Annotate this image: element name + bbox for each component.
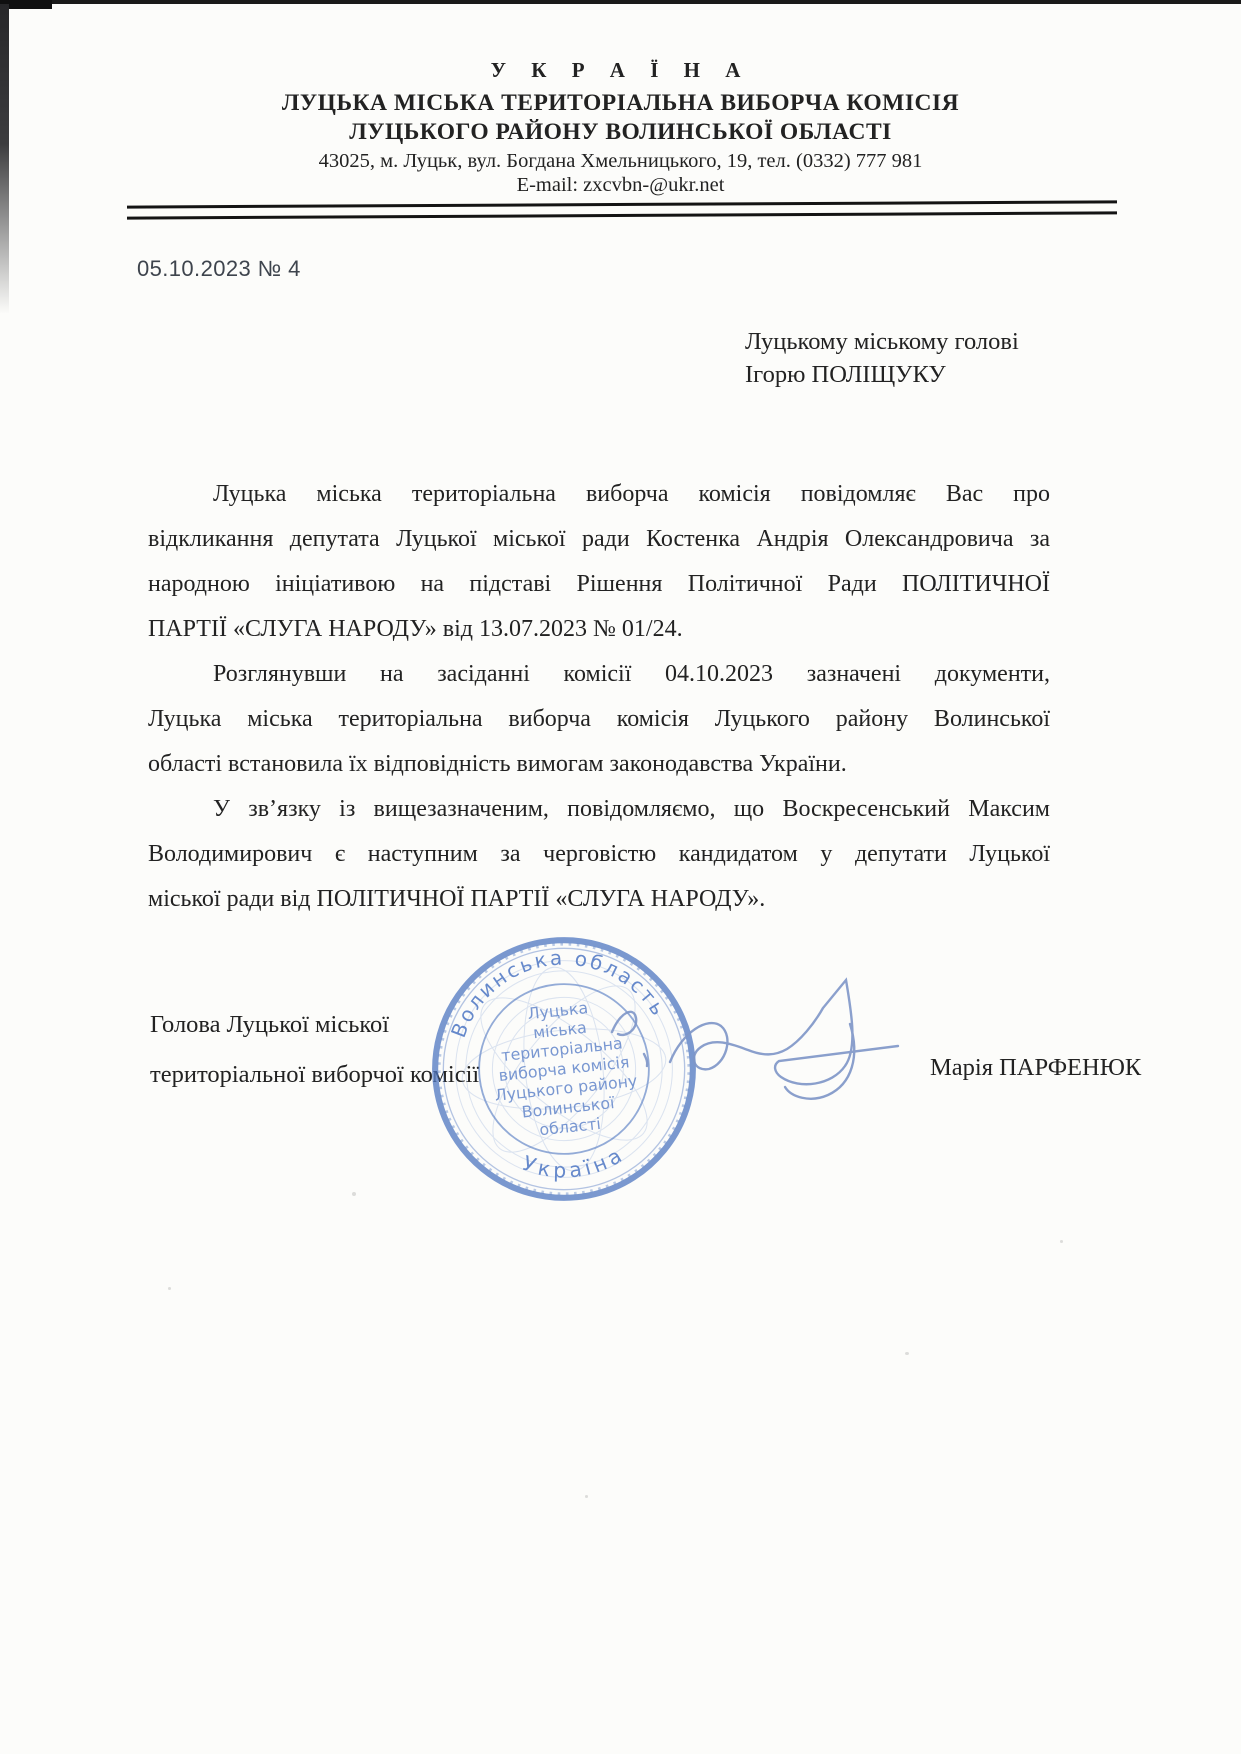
body-line: народною ініціативою на підставі Рішення… — [148, 562, 1050, 607]
letterhead-email: E-mail: zxcvbn-@ukr.net — [0, 174, 1241, 197]
scan-speck — [905, 1352, 909, 1355]
letter-body: Луцька міська територіальна виборча комі… — [148, 472, 1050, 922]
body-line: Луцька міська територіальна виборча комі… — [148, 697, 1050, 742]
body-line: відкликання депутата Луцької міської рад… — [148, 517, 1050, 562]
scanned-letter-page: У К Р А Ї Н А ЛУЦЬКА МІСЬКА ТЕРИТОРІАЛЬН… — [0, 0, 1241, 1754]
body-line: Луцька міська територіальна виборча комі… — [148, 472, 1050, 517]
handwritten-signature — [598, 966, 928, 1126]
recipient-line2: Ігорю ПОЛІЩУКУ — [745, 358, 1019, 391]
body-line: У зв’язку із вищезазначеним, повідомляєм… — [148, 787, 1050, 832]
signer-name: Марія ПАРФЕНЮК — [930, 1054, 1141, 1082]
recipient-line1: Луцькому міському голові — [745, 325, 1019, 358]
letterhead-country: У К Р А Ї Н А — [0, 58, 1241, 83]
recipient-block: Луцькому міському голові Ігорю ПОЛІЩУКУ — [745, 325, 1019, 391]
letterhead-org-line2: ЛУЦЬКОГО РАЙОНУ ВОЛИНСЬКОЇ ОБЛАСТІ — [0, 119, 1241, 146]
letterhead-divider-line — [127, 200, 1117, 208]
body-line: Розглянувши на засіданні комісії 04.10.2… — [148, 652, 1050, 697]
letterhead-divider-line — [127, 211, 1117, 219]
date-and-number: 05.10.2023 № 4 — [137, 256, 301, 282]
body-line: Володимирович є наступним за черговістю … — [148, 832, 1050, 877]
scan-speck — [352, 1192, 356, 1196]
scan-edge-top — [0, 0, 1241, 4]
letterhead-org-line1: ЛУЦЬКА МІСЬКА ТЕРИТОРІАЛЬНА ВИБОРЧА КОМІ… — [0, 90, 1241, 117]
scan-speck — [168, 1287, 171, 1290]
scan-speck — [585, 1495, 588, 1498]
body-line: міської ради від ПОЛІТИЧНОЇ ПАРТІЇ «СЛУГ… — [148, 877, 1050, 922]
body-line: області встановила їх відповідність вимо… — [148, 742, 1050, 787]
scan-speck — [1060, 1240, 1063, 1243]
letterhead-address: 43025, м. Луцьк, вул. Богдана Хмельницьк… — [0, 150, 1241, 173]
body-line: ПАРТІЇ «СЛУГА НАРОДУ» від 13.07.2023 № 0… — [148, 607, 1050, 652]
